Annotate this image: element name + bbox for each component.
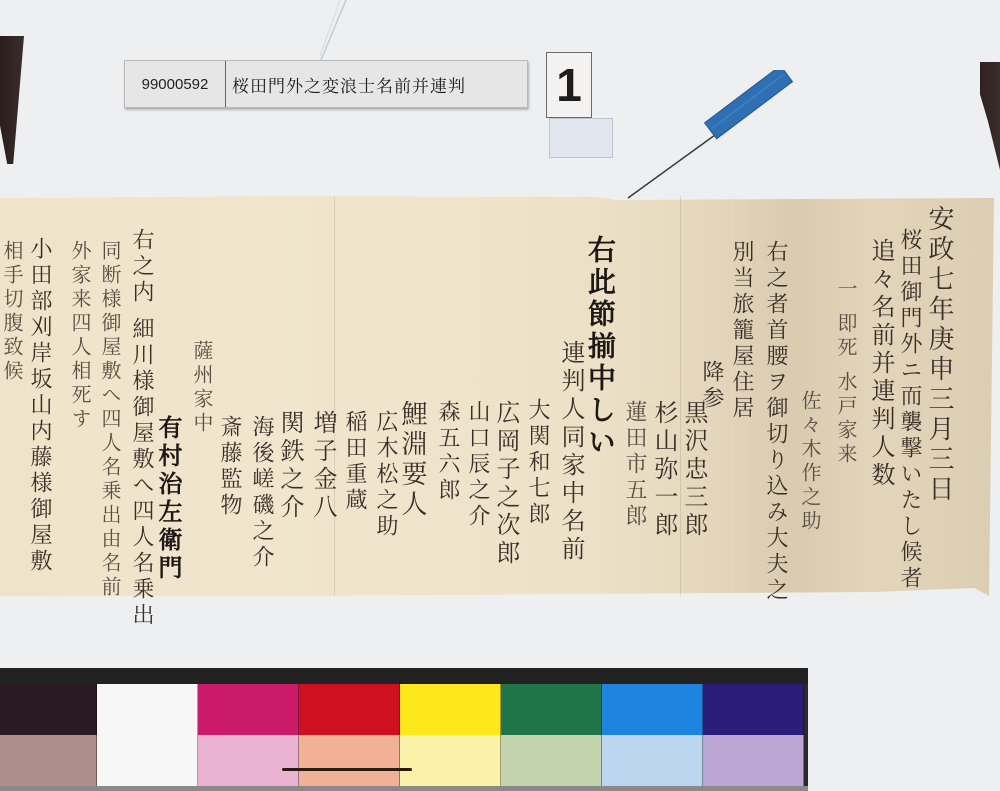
pin-icon [620, 70, 810, 200]
color-calibration-chart [0, 668, 808, 791]
manuscript-column: 広岡子之次郎 [494, 400, 518, 568]
manuscript-column: 桜田御門外ニ而襲撃いたし候者 [898, 228, 920, 592]
manuscript-column: 増子金八 [311, 410, 335, 522]
manuscript-column: 黒沢忠三郎 [682, 400, 706, 540]
manuscript-column: 同断様御屋敷へ四人名乗出由名前 [100, 240, 120, 600]
manuscript-column: 蓮田市五郎 [623, 400, 645, 530]
color-swatch [703, 684, 804, 735]
catalog-title: 桜田門外之変浪士名前并連判 [226, 72, 466, 97]
manuscript-column: 森五六郎 [436, 400, 458, 504]
color-swatch [501, 735, 602, 786]
color-swatch [400, 684, 501, 735]
manuscript-column: 小田部刈岸坂山内藤様御屋敷 [28, 237, 50, 575]
manuscript-column: 一 即死 水戸家来 [836, 278, 856, 467]
color-swatch [0, 684, 97, 735]
manuscript-column: 薩州家中 [192, 340, 212, 436]
color-swatch [299, 684, 400, 735]
manuscript-column: 相手切腹致候 [2, 240, 22, 384]
manuscript-column: 鯉淵要人 [399, 400, 425, 520]
manuscript-column: 有村治左衛門 [156, 415, 180, 583]
manuscript-column: 右之者首腰ヲ御切り込み大夫之 [764, 240, 786, 604]
manuscript-column: 関鉄之介 [278, 410, 302, 522]
manuscript-column: 斎藤監物 [218, 415, 240, 519]
color-swatch [0, 735, 97, 786]
scale-bar [282, 768, 412, 771]
color-swatch [602, 735, 703, 786]
manuscript-column: 右之内 細川様御屋敷へ四人名乗出 [130, 228, 152, 629]
manuscript-column: 別当旅籠屋住居 [730, 240, 752, 422]
manuscript-column: 海後嵯磯之介 [250, 415, 272, 571]
manuscript-column: 稲田重蔵 [343, 410, 365, 514]
blank-card [549, 118, 613, 158]
fold-line [334, 196, 335, 596]
manuscript-column: 佐々木作之助 [800, 390, 820, 534]
color-swatch [97, 735, 198, 786]
page-number-card: 1 [546, 52, 592, 118]
catalog-id: 99000592 [125, 61, 226, 107]
hanging-thread [318, 0, 348, 62]
catalog-label: 99000592 桜田門外之変浪士名前并連判 [124, 60, 528, 108]
manuscript-column: 大関和七郎 [526, 398, 548, 528]
color-swatch [299, 735, 400, 786]
color-swatch [198, 735, 299, 786]
manuscript-column: 杉山弥一郎 [652, 400, 676, 540]
right-weight [980, 62, 1000, 170]
swatch-row-saturated [0, 684, 808, 735]
color-swatch [198, 684, 299, 735]
manuscript-column: 安政七年庚申三月三日 [926, 205, 952, 505]
color-swatch [400, 735, 501, 786]
chart-bottom-edge [0, 786, 808, 791]
manuscript-column: 右此節揃中しい [586, 235, 614, 459]
chart-top-strip [0, 668, 808, 684]
color-swatch [97, 684, 198, 735]
left-weight [0, 36, 24, 164]
swatch-row-pastel [0, 735, 808, 786]
color-swatch [602, 684, 703, 735]
manuscript-column: 外家来四人相死す [70, 240, 90, 432]
color-swatch [703, 735, 804, 786]
color-swatch [501, 684, 602, 735]
manuscript-column: 追々名前并連判人数 [869, 238, 893, 490]
manuscript-column: 連判人同家中名前 [559, 340, 583, 564]
manuscript-column: 広木松之助 [374, 410, 396, 540]
manuscript-column: 山口辰之介 [466, 400, 488, 530]
